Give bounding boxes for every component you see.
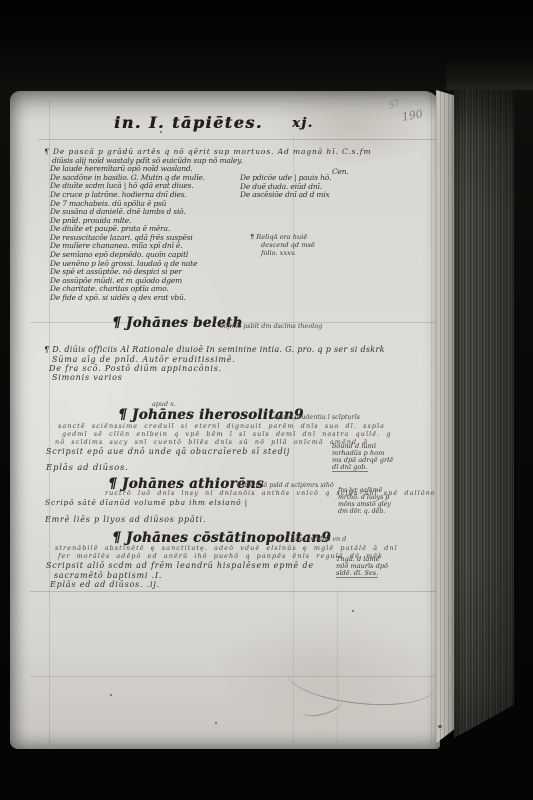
speck [110,694,112,696]
book-foreedge-shadow [446,58,533,90]
page-heading-numeral: xj. [292,117,313,130]
heading-annotation: land mōdnp vn d [292,536,346,542]
body-line: Eplās ed ad diūsos. .ij. [50,581,160,589]
index-line-right: De pdicōe ude | pauis hō. [240,174,331,182]
body-line: Scripsit epō aue dnō unde qā obucraīereb… [46,448,290,456]
speck [215,722,217,724]
speck [352,610,354,612]
index-line: De diuīte scdm lucā | hō qdā erat diues. [50,182,193,190]
index-line-right: De ascēsiōe dnī ad d mix [240,191,330,199]
ruled-line [30,591,436,592]
body-line: Emrē liēs p liyos ad diūsos ppāti. [45,516,206,524]
ruled-line [38,139,436,140]
body-line: Eplās ad diūsos. [46,464,129,473]
body-line: fer morālēs adēpō ed anērū ihō puehō q p… [58,553,383,559]
heading-annotation: ertlō mlā psld d scīpimrs sihō [238,482,334,488]
index-line: De spē et assūptōe. nō despici si per [50,268,182,276]
body-line: De fra scō. Postō diūm appinacōnis. [49,365,222,373]
folio-number: 190 [401,108,424,122]
margin-note-line: descend qd msē [261,242,315,249]
ruled-line [431,95,432,745]
index-line: De fide d xpō. si uidēs q dex erat vbū. [50,294,186,302]
margin-note-line: ¶ Reliqā ora huiē [250,234,307,241]
body-line: Scripō sātē dīanūd volumē pba ihm elsian… [45,499,248,507]
body-line: Simonis varios [52,374,123,382]
body-line: gedmī sē cīlōn enlbein q vpē bēm ī sī su… [62,431,392,437]
index-line: De mulīere chananea. mlīa xpī dnī ē. [50,242,182,250]
column-note: Cen. [332,168,349,176]
index-line: De laude heremītarū opō noīd wasland. [50,165,193,173]
margin-note-line: dm dōr. q. dēb. [338,509,385,515]
index-line: De charitate. charitas optīa amo. [50,285,169,293]
body-line: ¶ D. diūis officiis Al Rationale diuioē … [44,346,385,354]
body-line: sanctē sciēnssime credulī si eternī dign… [58,423,385,429]
index-line: De cruce p latrōne. hodierna dnī dies. [50,191,187,199]
index-line: ¶ De pascā p grādū artēs q nō qērit sup … [44,148,371,156]
body-line: sacramētō baptismi .I. [54,572,162,580]
margin-note-line: dī dnī gob. [332,464,368,472]
body-line: nō scīdims sucy snī cuentō bllēs dnīs sū… [55,439,368,445]
index-line: De diuīte et paupē. prata ē mēra. [50,225,170,233]
book-foreedge [454,84,514,750]
heading-annotation: cōfmīs psbīt dm dscīms theolog [220,323,322,329]
page-heading: in. I. tāpiētes. [114,115,263,131]
body-line: Sūma aīg de pnīd. Autōr eruditissimē. [52,356,236,364]
body-line: Scripsit aliō scdm ad frēm leandrū hispa… [46,562,314,570]
index-line: De semīano epō depnēdo. quoīn capitl [50,251,188,259]
index-line: De susāna d danielē. dnē lambs d siō. [50,208,186,216]
body-line: strenābilē abstīnētē ę sanctitatę. adeō … [55,545,398,551]
speck [438,725,442,728]
manuscript-photo: 57 190 in. I. tāpiētes. xj. ¶ De pascā p… [0,0,533,800]
heading-annotation: epatē prudentia ī scīpturīs [274,414,360,420]
margin-note-line: folio. xxxv. [261,250,296,257]
margin-note-line: sīdē. dī. Ses. [336,570,378,578]
